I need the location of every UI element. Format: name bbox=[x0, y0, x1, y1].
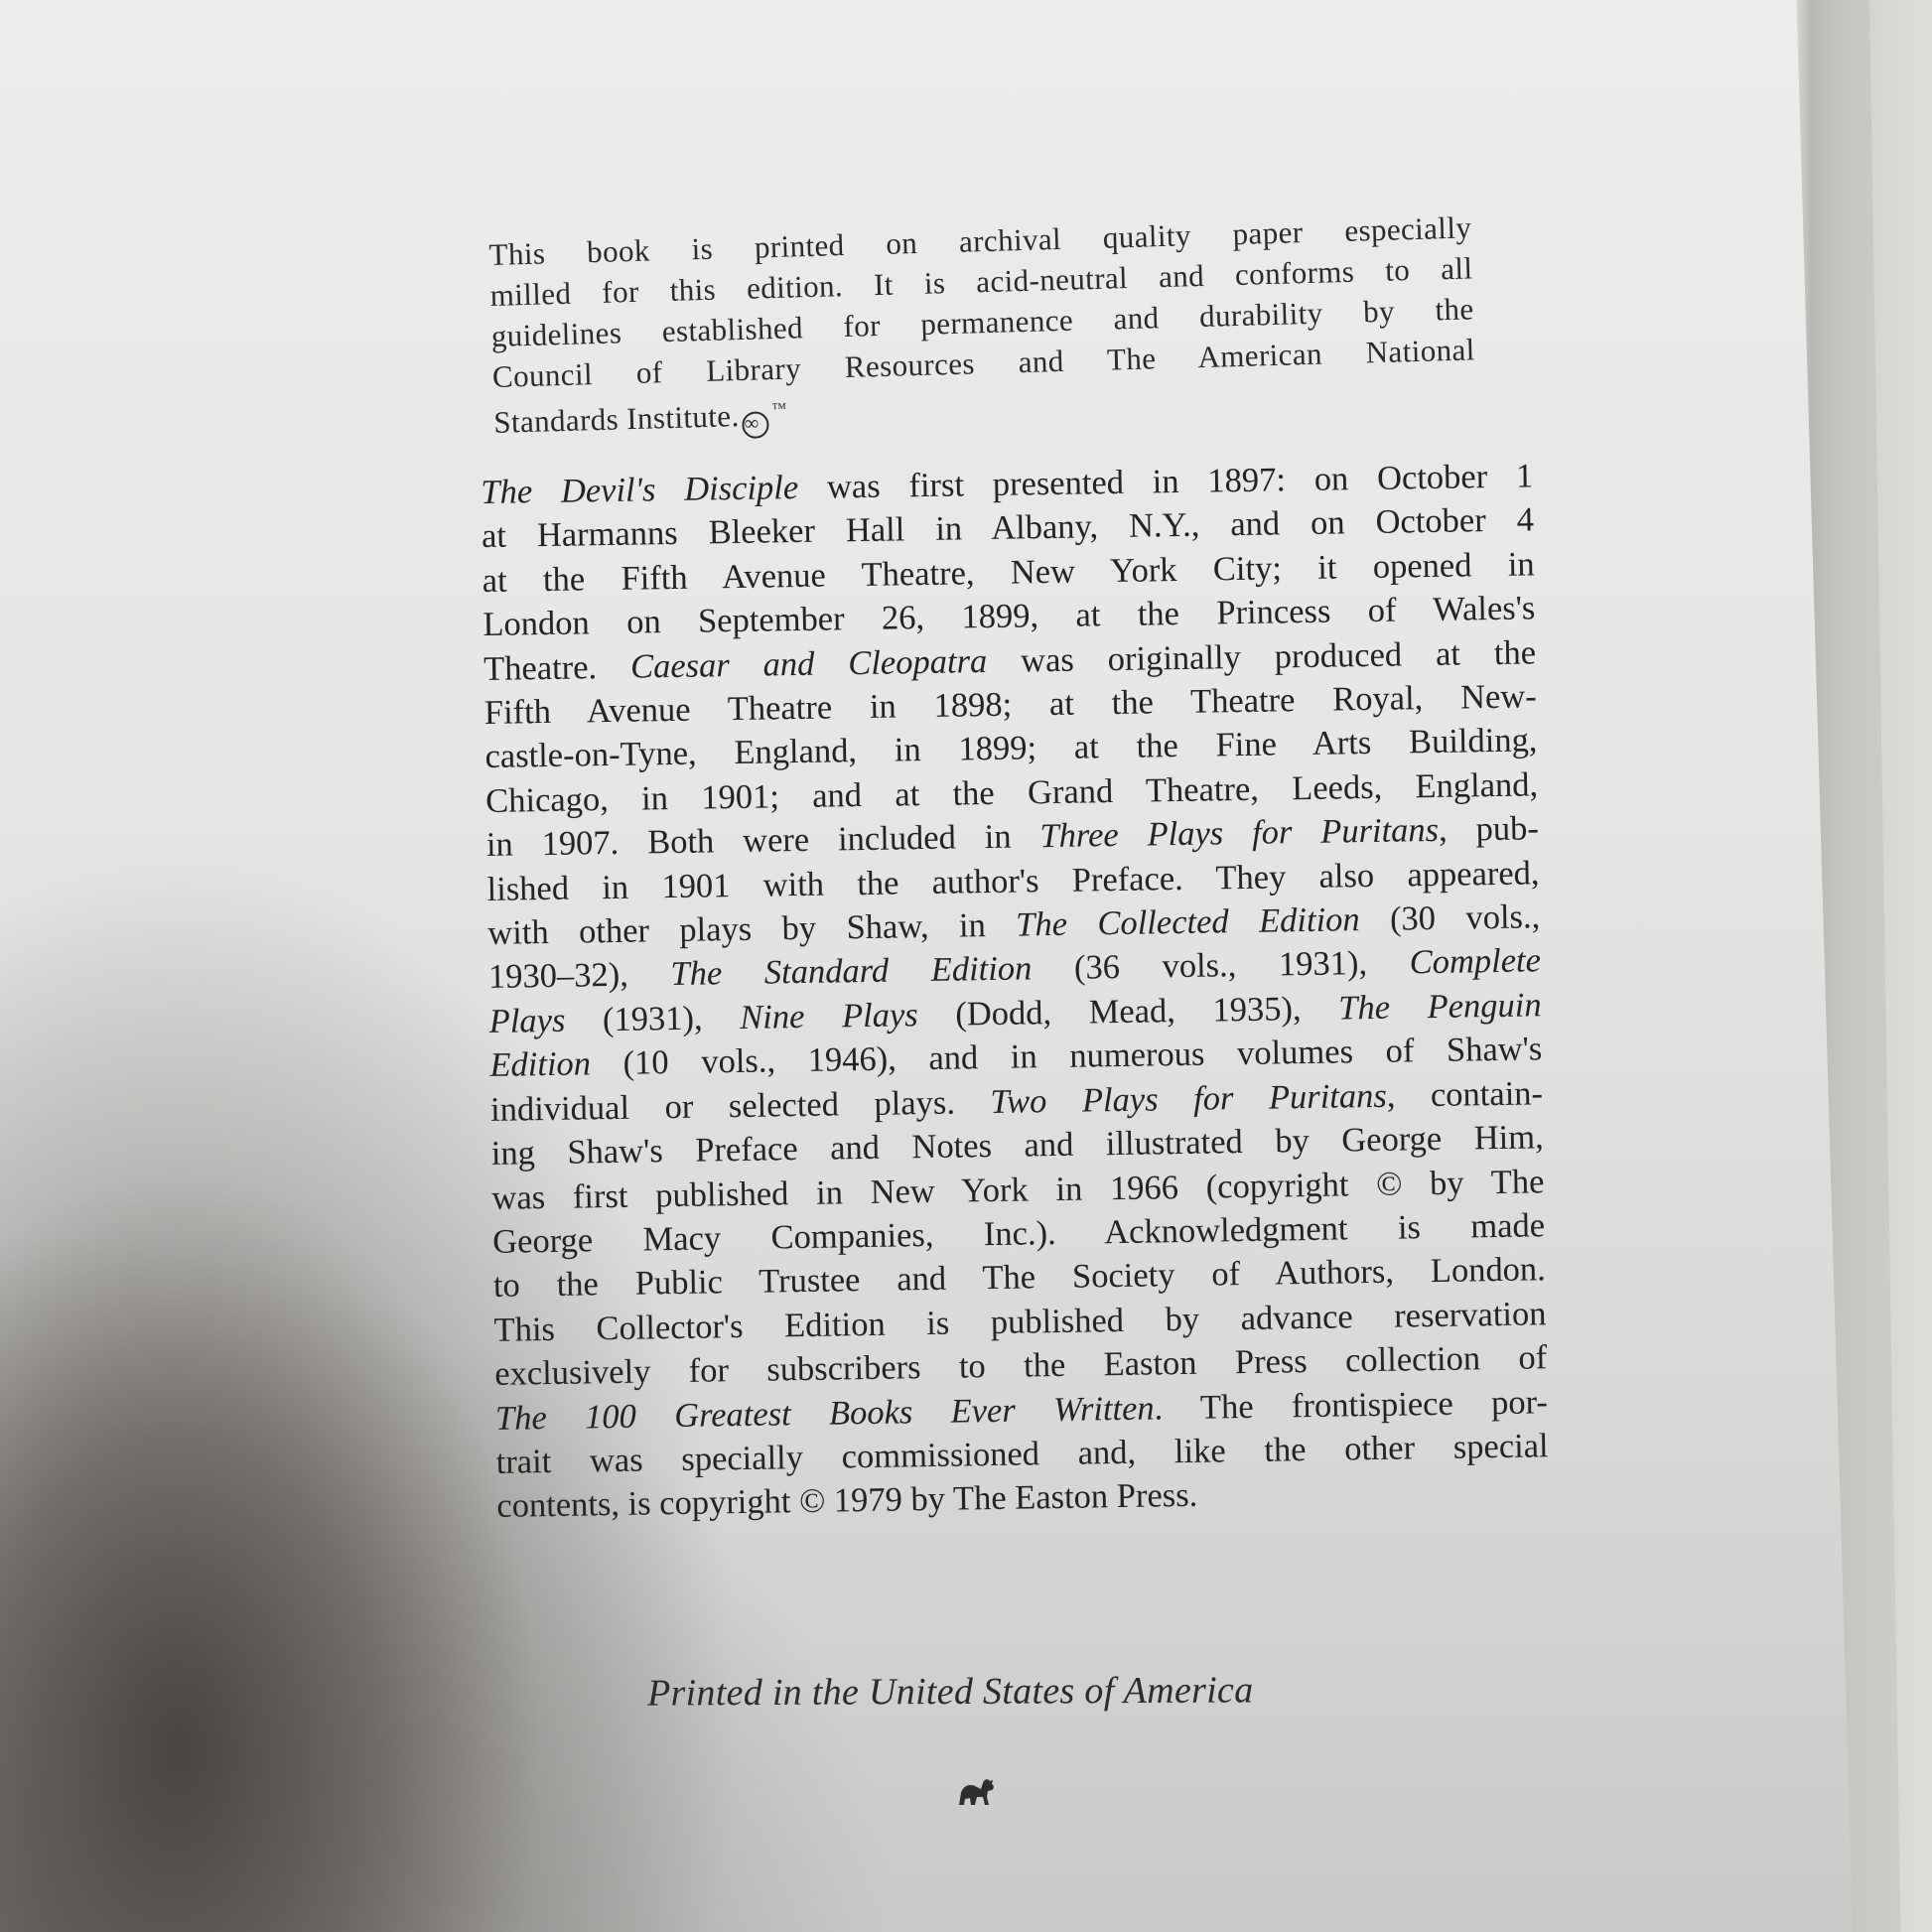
archival-paper-notice: This book is printed on archival quality… bbox=[488, 207, 1477, 446]
italic-title: The Devil's Disciple bbox=[481, 469, 798, 511]
italic-title: Complete bbox=[1409, 942, 1541, 982]
book-page: This book is printed on archival quality… bbox=[0, 0, 1932, 1932]
printed-in-line: Printed in the United States of America bbox=[647, 1668, 1254, 1715]
italic-title: The Penguin bbox=[1338, 986, 1542, 1027]
text-run: (36 vols., 1931), bbox=[1032, 944, 1410, 988]
italic-title: The Standard Edition bbox=[670, 950, 1032, 994]
text-run: was originally produced at the bbox=[987, 633, 1536, 680]
notice-line: Standards Institute. bbox=[493, 398, 740, 440]
text-run: 1930–32), bbox=[488, 956, 671, 997]
italic-title: The Collected Edition bbox=[1016, 900, 1360, 943]
text-run: in 1907. Both were included in bbox=[486, 817, 1040, 864]
text-run: , contain- bbox=[1386, 1074, 1543, 1114]
italic-title: Plays bbox=[488, 1002, 565, 1040]
italic-title: Two Plays for Puritans bbox=[990, 1076, 1387, 1120]
text-run: (30 vols., bbox=[1359, 897, 1540, 938]
italic-title: The 100 Greatest Books Ever Written bbox=[495, 1389, 1155, 1437]
text-run: (1931), bbox=[565, 999, 740, 1039]
italic-title: Three Plays for Puritans bbox=[1039, 811, 1439, 855]
trademark-symbol: ™ bbox=[771, 401, 787, 417]
italic-title: Nine Plays bbox=[740, 996, 918, 1036]
text-run: individual or selected plays. bbox=[490, 1083, 991, 1129]
text-run: contents, is copyright © 1979 by The Eas… bbox=[496, 1476, 1197, 1525]
text-run: (Dodd, Mead, 1935), bbox=[917, 989, 1338, 1034]
italic-title: Edition bbox=[489, 1045, 591, 1085]
text-run: Theatre. bbox=[483, 647, 630, 687]
italic-title: Caesar and Cleopatra bbox=[630, 642, 988, 686]
text-run: with other plays by Shaw, in bbox=[487, 906, 1017, 952]
text-run: , pub- bbox=[1439, 810, 1539, 850]
text-run: . The frontispiece por- bbox=[1154, 1383, 1548, 1427]
infinity-symbol-icon: ∞ bbox=[742, 411, 769, 439]
publisher-animal-device-icon bbox=[955, 1775, 1003, 1809]
publication-history-paragraph: The Devil's Disciple was first presented… bbox=[481, 454, 1550, 1528]
